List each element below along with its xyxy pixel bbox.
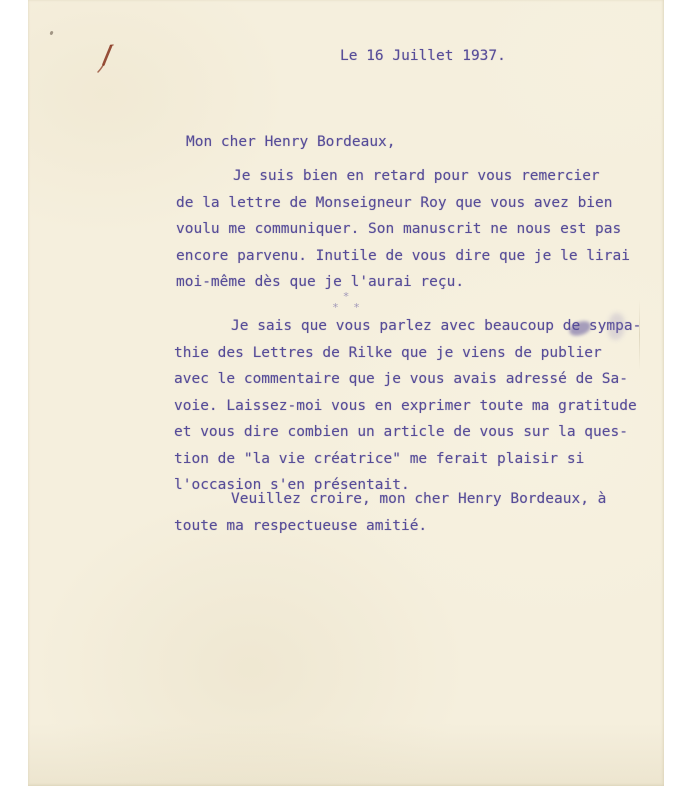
- letter-line: de la lettre de Monseigneur Roy que vous…: [176, 190, 630, 217]
- letter-closing: Veuillez croire, mon cher Henry Bordeaux…: [174, 486, 606, 539]
- letter-line: tion de "la vie créatrice" me ferait pla…: [174, 446, 641, 473]
- letter-line: voulu me communiquer. Son manuscrit ne n…: [176, 216, 630, 243]
- section-separator: * * *: [318, 291, 378, 313]
- separator-bottom-asterisks: * *: [318, 302, 378, 313]
- letter-paragraph-1: Je suis bien en retard pour vous remerci…: [176, 163, 630, 296]
- letter-salutation: Mon cher Henry Bordeaux,: [186, 134, 396, 150]
- letter-line: moi-même dès que je l'aurai reçu.: [176, 269, 630, 296]
- paper-crease: [639, 300, 640, 370]
- letter-line: voie. Laissez-moi vous en exprimer toute…: [174, 393, 641, 420]
- letter-date: Le 16 Juillet 1937.: [340, 48, 506, 64]
- letter-line: et vous dire combien un article de vous …: [174, 419, 641, 446]
- red-pen-mark: [92, 42, 118, 78]
- letter-line: encore parvenu. Inutile de vous dire que…: [176, 243, 630, 270]
- letter-line: Veuillez croire, mon cher Henry Bordeaux…: [174, 486, 606, 513]
- letter-line: toute ma respectueuse amitié.: [174, 513, 606, 540]
- paper-speck: [49, 31, 53, 36]
- letter-line: avec le commentaire que je vous avais ad…: [174, 366, 641, 393]
- letter-paragraph-2: Je sais que vous parlez avec beaucoup de…: [174, 313, 641, 499]
- letter-line: thie des Lettres de Rilke que je viens d…: [174, 340, 641, 367]
- letter-line: Je suis bien en retard pour vous remerci…: [176, 163, 630, 190]
- letter-page: Le 16 Juillet 1937. Mon cher Henry Borde…: [28, 0, 664, 786]
